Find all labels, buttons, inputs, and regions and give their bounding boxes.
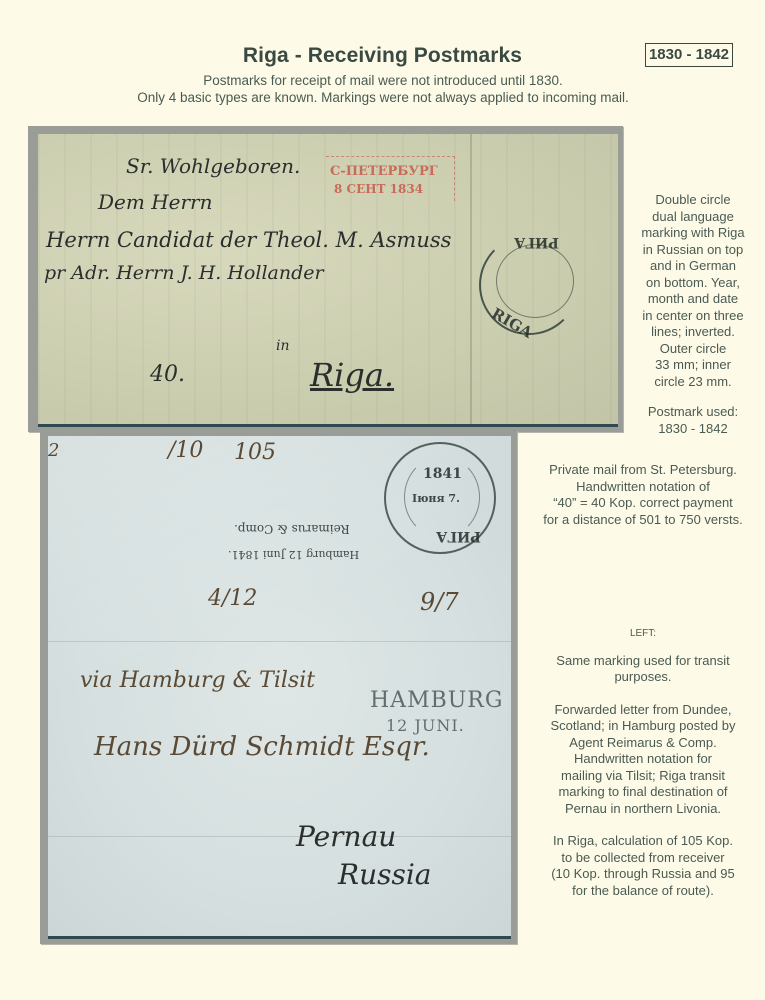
desc-line: on bottom. Year, — [622, 275, 764, 292]
desc-line: Pernau in northern Livonia. — [522, 801, 764, 818]
desc-line: In Riga, calculation of 105 Kop. — [522, 833, 764, 850]
riga-postmark-inner-circle — [496, 244, 574, 318]
desc-line: Handwritten notation for — [522, 751, 764, 768]
desc-line: Outer circle — [622, 341, 764, 358]
destination-pernau: Pernau — [296, 820, 396, 853]
desc-line: Same marking used for transit — [522, 653, 764, 670]
cover2-description: LEFT: Same marking used for transit purp… — [522, 626, 764, 915]
transit-paragraph: Same marking used for transit purposes. — [522, 653, 764, 686]
desc-line: lines; inverted. — [622, 324, 764, 341]
forwarder-cachet-line2: Hamburg 12 Juni 1841. — [228, 548, 359, 561]
postmark-year: 1841 — [423, 466, 462, 482]
desc-line: and in German — [622, 258, 764, 275]
destination-riga: Riga. — [310, 356, 394, 394]
forwarder-cachet-line1: Reimarus & Comp. — [234, 522, 350, 536]
postmark-type-description: Double circle dual language marking with… — [622, 192, 764, 437]
hamburg-postmark-line1: HAMBURG — [370, 688, 503, 713]
rate-notation: 40. — [150, 362, 185, 387]
address-line: Dem Herrn — [98, 190, 212, 214]
top-note: 2 — [48, 440, 59, 461]
red-postmark-line1: С-ПЕТЕРБУРГ — [330, 164, 438, 179]
desc-line: in center on three — [622, 308, 764, 325]
desc-line: “40” = 40 Kop. correct payment — [522, 495, 764, 512]
left-label: LEFT: — [522, 626, 764, 643]
top-note: 105 — [234, 440, 276, 465]
desc-line: Double circle — [622, 192, 764, 209]
rate-note: 4/12 — [208, 586, 257, 611]
desc-line: Handwritten notation of — [522, 479, 764, 496]
postmark-city-russian: РИГА — [436, 528, 481, 544]
desc-line: purposes. — [522, 669, 764, 686]
desc-line: for a distance of 501 to 750 versts. — [522, 512, 764, 529]
routing-instruction: via Hamburg & Tilsit — [80, 668, 315, 693]
postmark-used-label: Postmark used: — [622, 404, 764, 421]
desc-line: month and date — [622, 291, 764, 308]
address-line: pr Adr. Herrn J. H. Hollander — [44, 262, 324, 284]
desc-line: Forwarded letter from Dundee, — [522, 702, 764, 719]
cover2-fold-line — [48, 836, 511, 837]
cover-st-petersburg: Sr. Wohlgeboren. Dem Herrn Herrn Candida… — [38, 134, 618, 427]
red-postmark-line2: 8 СЕНТ 1834 — [334, 182, 423, 196]
desc-line: (10 Kop. through Russia and 95 — [522, 866, 764, 883]
desc-line: Agent Reimarus & Comp. — [522, 735, 764, 752]
destination-russia: Russia — [338, 858, 432, 891]
desc-line: Private mail from St. Petersburg. — [522, 462, 764, 479]
intro-line-1: Postmarks for receipt of mail were not i… — [0, 72, 765, 89]
intro-line-2: Only 4 basic types are known. Markings w… — [0, 89, 765, 106]
desc-line: marking to final destination of — [522, 784, 764, 801]
desc-line: Scotland; in Hamburg posted by — [522, 718, 764, 735]
cover-hamburg: 2 /10 105 1841 Іюня 7. РИГА Reimarus & C… — [48, 436, 511, 939]
addressee-name: Hans Dürd Schmidt Esqr. — [94, 732, 430, 762]
desc-line: dual language — [622, 209, 764, 226]
address-line: Sr. Wohlgeboren. — [126, 154, 300, 178]
desc-line: 33 mm; inner — [622, 357, 764, 374]
address-line: in — [276, 338, 290, 354]
date-range-box: 1830 - 1842 — [645, 43, 733, 67]
cover1-fold-line — [470, 134, 472, 424]
postmark-date: Іюня 7. — [412, 492, 460, 505]
riga-postmark-russian: РИГА — [514, 234, 559, 250]
postmark-used-range: 1830 - 1842 — [622, 421, 764, 438]
desc-line: marking with Riga — [622, 225, 764, 242]
desc-line: mailing via Tilsit; Riga transit — [522, 768, 764, 785]
address-line: Herrn Candidat der Theol. M. Asmuss — [46, 228, 451, 252]
cover2-fold-line — [48, 641, 511, 642]
desc-line: in Russian on top — [622, 242, 764, 259]
rate-note: 9/7 — [420, 588, 459, 616]
top-note: /10 — [168, 438, 203, 463]
calculation-paragraph: In Riga, calculation of 105 Kop. to be c… — [522, 833, 764, 899]
intro-text: Postmarks for receipt of mail were not i… — [0, 72, 765, 106]
desc-line: circle 23 mm. — [622, 374, 764, 391]
desc-line: to be collected from receiver — [522, 850, 764, 867]
forwarded-paragraph: Forwarded letter from Dundee, Scotland; … — [522, 702, 764, 818]
desc-line: for the balance of route). — [522, 883, 764, 900]
cover1-description: Private mail from St. Petersburg. Handwr… — [522, 462, 764, 528]
